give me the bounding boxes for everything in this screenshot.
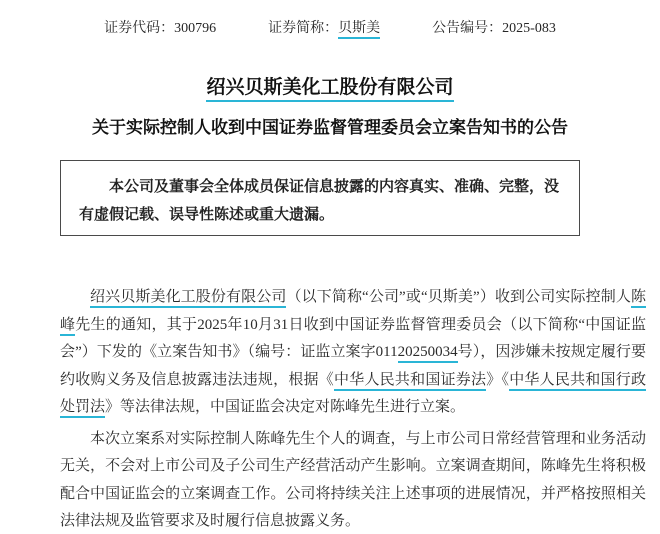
announcement-number-label: 公告编号： bbox=[432, 21, 502, 36]
body-text-segment: （以下简称“公司”或“贝斯美”）收到公司实际控制人 bbox=[286, 289, 630, 305]
stock-code-value: 300796 bbox=[174, 21, 216, 36]
keyword-link[interactable]: 中华人民共和国证券法 bbox=[334, 372, 486, 391]
body-text-segment: 》《 bbox=[486, 372, 509, 388]
truthfulness-statement-box: 本公司及董事会全体成员保证信息披露的内容真实、准确、完整，没有虚假记载、误导性陈… bbox=[60, 160, 580, 236]
announcement-page: 证券代码：300796 证券简称：贝斯美 公告编号：2025-083 绍兴贝斯美… bbox=[0, 0, 660, 534]
body-paragraph-2: 本次立案系对实际控制人陈峰先生个人的调查，与上市公司日常经营管理和业务活动无关，… bbox=[60, 426, 646, 534]
announcement-subject-title: 关于实际控制人收到中国证券监督管理委员会立案告知书的公告 bbox=[0, 116, 660, 140]
stock-name-label: 证券简称： bbox=[268, 21, 338, 36]
truthfulness-statement-text: 本公司及董事会全体成员保证信息披露的内容真实、准确、完整，没有虚假记载、误导性陈… bbox=[79, 173, 561, 229]
stock-code: 证券代码：300796 bbox=[104, 20, 216, 38]
stock-name-keyword-link[interactable]: 贝斯美 bbox=[338, 21, 380, 39]
body-paragraph-1: 绍兴贝斯美化工股份有限公司（以下简称“公司”或“贝斯美”）收到公司实际控制人陈峰… bbox=[60, 284, 646, 422]
announcement-number-value: 2025-083 bbox=[502, 21, 556, 36]
securities-header-row: 证券代码：300796 证券简称：贝斯美 公告编号：2025-083 bbox=[0, 0, 660, 38]
announcement-body: 绍兴贝斯美化工股份有限公司（以下简称“公司”或“贝斯美”）收到公司实际控制人陈峰… bbox=[60, 284, 646, 534]
announcement-number: 公告编号：2025-083 bbox=[432, 20, 556, 38]
stock-code-label: 证券代码： bbox=[104, 21, 174, 36]
body-text-segment: 》等法律法规，中国证监会决定对陈峰先生进行立案。 bbox=[105, 399, 465, 415]
company-title: 绍兴贝斯美化工股份有限公司 bbox=[0, 76, 660, 100]
company-title-keyword-link[interactable]: 绍兴贝斯美化工股份有限公司 bbox=[206, 77, 453, 102]
keyword-link[interactable]: 绍兴贝斯美化工股份有限公司 bbox=[90, 289, 286, 308]
stock-name: 证券简称：贝斯美 bbox=[268, 20, 380, 38]
keyword-link[interactable]: 20250034 bbox=[398, 344, 458, 363]
